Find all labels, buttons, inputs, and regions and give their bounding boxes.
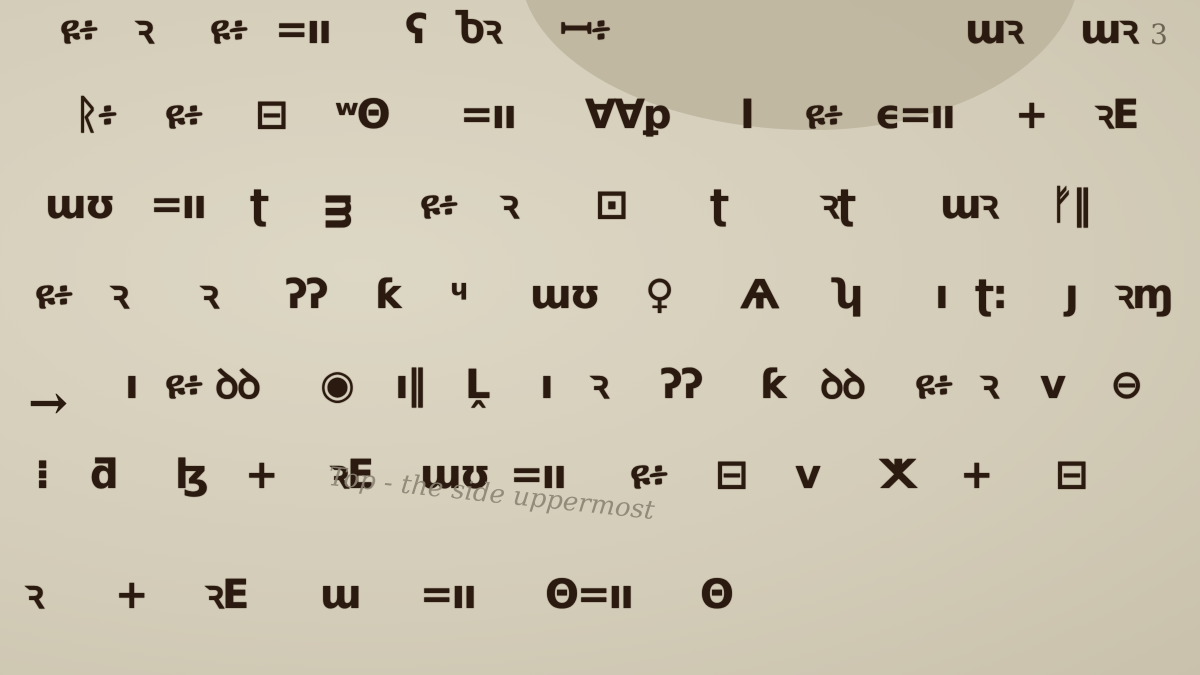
script-glyph: + xyxy=(960,455,992,495)
script-glyph: ⊟ xyxy=(1055,455,1087,495)
script-glyph: ꝛ xyxy=(110,275,127,315)
script-glyph: ꝛE xyxy=(1095,95,1137,135)
script-glyph: I xyxy=(740,95,753,135)
script-line: ɯʊ=ııʈᴟዩ፥ꝛ⊡ʈꝛʈɯꝛᚠ‖ xyxy=(0,185,1200,245)
script-glyph: Ѧ xyxy=(740,275,778,315)
script-glyph: ı xyxy=(540,365,552,405)
script-glyph: ƙ xyxy=(375,275,400,315)
script-glyph: ᴟ xyxy=(325,185,351,225)
script-glyph: ȷ xyxy=(1065,275,1077,315)
script-glyph: ዩ፥ xyxy=(35,275,72,315)
script-glyph: =ıı xyxy=(460,95,515,135)
script-glyph: Θ=ıı xyxy=(545,575,632,615)
script-glyph: =ıı xyxy=(420,575,475,615)
script-glyph: ⁝ xyxy=(35,455,48,495)
script-glyph: ʈ xyxy=(710,185,727,225)
script-glyph: ꝛ xyxy=(500,185,517,225)
script-glyph: ⊟ xyxy=(715,455,747,495)
script-glyph: ꝛ xyxy=(25,575,42,615)
script-glyph: Θ xyxy=(700,575,732,615)
script-glyph: ɯʊ xyxy=(45,185,114,225)
script-glyph: ⊖ xyxy=(1110,365,1142,405)
script-glyph: ᶣ xyxy=(450,275,466,315)
script-glyph: ⵅ xyxy=(880,455,915,495)
script-glyph: ◉ xyxy=(320,365,353,405)
script-glyph: ዩ፥ xyxy=(60,10,97,50)
script-glyph: + xyxy=(1015,95,1047,135)
script-glyph: ɯꝛ xyxy=(1080,10,1137,50)
script-glyph: ɮ xyxy=(175,455,207,495)
script-glyph: ꝛʈ xyxy=(820,185,854,225)
script-line: ᚱ፥ዩ፥⊟ʷΘ=ııⱯⱯꝑIዩ፥ϵ=ıı+ꝛE xyxy=(0,95,1200,155)
script-glyph: ʷΘ xyxy=(335,95,389,135)
script-glyph: ⱯⱯꝑ xyxy=(585,95,670,135)
script-glyph: ዩ፥ xyxy=(165,95,202,135)
script-glyph: ዩ፥ xyxy=(210,10,247,50)
script-glyph: Ḽ xyxy=(465,365,489,405)
script-glyph: ዩ፥ xyxy=(630,455,667,495)
script-glyph: ዩ፥ xyxy=(165,365,202,405)
script-glyph: ı xyxy=(125,365,137,405)
script-glyph: ዩ፥ xyxy=(805,95,842,135)
script-glyph: + xyxy=(115,575,147,615)
script-glyph: =ıı xyxy=(275,10,330,50)
script-line: ዩ፥ꝛꝛʔʔƙᶣɯʊ♀Ѧʮıʈ:ȷꝛɱ xyxy=(0,275,1200,335)
script-glyph: ʈ: xyxy=(975,275,1006,315)
script-glyph: ዩ፥ xyxy=(420,185,457,225)
script-glyph: ꝛɱ xyxy=(1115,275,1172,315)
script-glyph: ꝛ xyxy=(590,365,607,405)
script-glyph: ꝺꝺ xyxy=(820,365,864,405)
script-glyph: ɯ xyxy=(320,575,360,615)
script-glyph: =ıı xyxy=(150,185,205,225)
script-glyph: ϵ=ıı xyxy=(875,95,954,135)
script-glyph: ɯʊ xyxy=(530,275,599,315)
script-glyph: ɯꝛ xyxy=(940,185,997,225)
script-glyph: ⅴ xyxy=(795,455,819,495)
script-glyph: ı‖ xyxy=(395,365,425,405)
script-glyph: ƌ xyxy=(90,455,117,495)
script-glyph: ɯꝛ xyxy=(965,10,1022,50)
script-glyph: ƙ xyxy=(760,365,785,405)
script-glyph: ʔʔ xyxy=(285,275,327,315)
script-glyph: ꝛ xyxy=(135,10,152,50)
script-line: ዩ፥ꝛዩ፥=ııʕႦꝛꟷ፥ɯꝛɯꝛ xyxy=(0,10,1200,70)
script-glyph: ʈ xyxy=(250,185,267,225)
script-glyph: ı xyxy=(935,275,947,315)
script-line: ıዩ፥ꝺꝺ◉ı‖Ḽıꝛʔʔƙꝺꝺዩ፥ꝛⅴ⊖ xyxy=(0,365,1200,425)
script-glyph: ꟷ፥ xyxy=(560,10,610,50)
script-glyph: ᚱ፥ xyxy=(75,95,116,135)
script-glyph: ꝛE xyxy=(205,575,247,615)
script-glyph: ʔʔ xyxy=(660,365,702,405)
script-glyph: ʮ xyxy=(835,275,860,315)
script-glyph: Ⴆꝛ xyxy=(455,10,500,50)
script-glyph: ꝺꝺ xyxy=(215,365,259,405)
script-glyph: ⊟ xyxy=(255,95,287,135)
script-glyph: ♀ xyxy=(645,275,672,315)
script-glyph: + xyxy=(245,455,277,495)
script-glyph: ꝛ xyxy=(200,275,217,315)
script-line: ꝛ+ꝛEɯ=ııΘ=ııΘ xyxy=(0,575,1200,635)
script-glyph: ᚠ‖ xyxy=(1050,185,1090,225)
script-glyph: ꝛ xyxy=(980,365,997,405)
script-glyph: ʕ xyxy=(405,10,426,50)
script-glyph: ⅴ xyxy=(1040,365,1064,405)
script-glyph: ⊡ xyxy=(595,185,627,225)
script-glyph: ዩ፥ xyxy=(915,365,952,405)
